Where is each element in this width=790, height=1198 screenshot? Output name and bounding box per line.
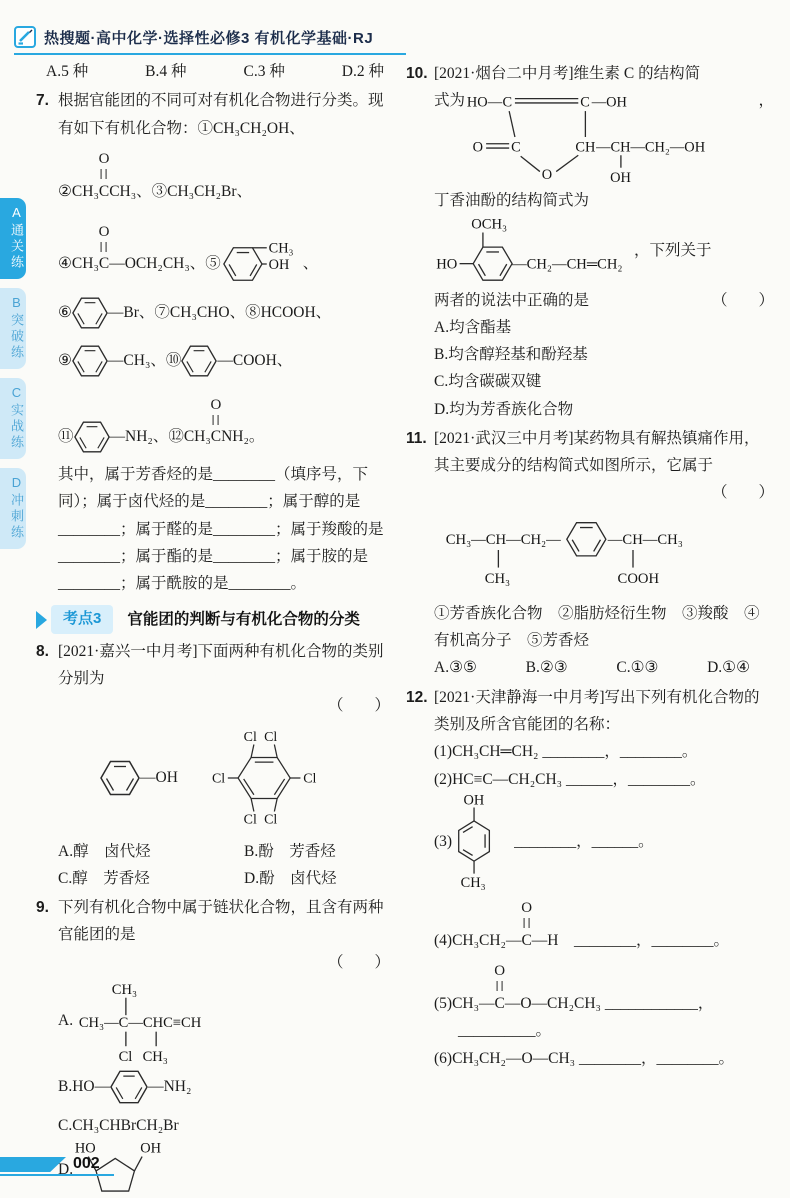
option-b: B.②③: [526, 654, 568, 681]
page-number: 002: [73, 1156, 100, 1172]
answer-bracket: （ ）: [712, 287, 774, 314]
sub-item-6: (6)CH₃CH₂—O—CH₃ ________，________。: [434, 1045, 774, 1072]
answer-bracket: （ ）: [712, 479, 774, 506]
formula: 。: [249, 423, 265, 450]
formula: —COOH: [217, 347, 276, 374]
benzene-ring: [181, 341, 217, 381]
page-title: 热搜题·高中化学·选择性必修3 有机化学基础·RJ: [44, 27, 373, 48]
structure-eugenol: OCH₃ HO —CH₂—CH═CH₂: [434, 215, 634, 287]
oh-label: OH: [464, 793, 485, 809]
option-d: D.2 种: [342, 58, 384, 85]
option-d: D.酚 卤代烃: [244, 865, 337, 892]
structure-bromobenzene-line: ⑥ —Br、⑦CH₃CHO、⑧HCOOH、: [58, 293, 390, 333]
sub-item-1: (1)CH₃CH═CH₂ ________，________。: [434, 738, 774, 765]
options-row: C.醇 芳香烃D.酚 卤代烃: [58, 865, 390, 892]
item-label: ④: [58, 250, 72, 277]
sidebar-tab-d: D冲刺练: [0, 468, 26, 549]
carbonyl-o: O: [99, 225, 110, 241]
formula: —OCH₂CH₃: [109, 250, 190, 277]
source-tag: [2021·天津静海一中月考]: [434, 689, 605, 706]
answer-bracket: （ ）: [328, 692, 390, 719]
arrow-icon: [36, 611, 47, 629]
sub-item-5-continued: __________。: [434, 1017, 774, 1044]
question-number: 11.: [406, 425, 434, 682]
edit-pencil-icon: [14, 26, 36, 48]
ch-label: CH: [575, 140, 595, 156]
carbonyl-o: O: [211, 398, 222, 414]
main-chain: CH₃—C—CHC≡CH: [79, 1015, 202, 1031]
prev-question-options: A.5 种 B.4 种 C.3 种 D.2 种: [36, 58, 390, 85]
structure-vitamin-c: HO— C C —OH O C CH: [465, 87, 753, 187]
sidebar-tab-c: C实战练: [0, 378, 26, 459]
formula: (1)CH₃CH═CH₂: [434, 743, 538, 760]
formula: —NH₂: [110, 423, 153, 450]
blank-line: ______，________。: [566, 771, 706, 788]
topic-badge: 考点3: [51, 605, 113, 633]
topic-title: 官能团的判断与有机化合物的分类: [127, 606, 360, 633]
left-column: A.5 种 B.4 种 C.3 种 D.2 种 7. 根据官能团的不同可对有机化…: [36, 58, 390, 1198]
question-10: 10. [2021·烟台二中月考]维生素 C 的结构简 式为 HO— C C —…: [406, 60, 774, 423]
numbered-items: ①芳香族化合物 ②脂肪烃衍生物 ③羧酸 ④有机高分子 ⑤芳香烃: [434, 600, 774, 655]
option-d: D.①④: [707, 654, 750, 681]
oh-label: OH: [610, 170, 631, 186]
formula: 、⑤: [190, 250, 221, 277]
sub-item-4: (4)CH₃CH₂—OC—H ________，________。: [434, 927, 774, 954]
c-label: C: [580, 95, 590, 111]
workbook-page: 热搜题·高中化学·选择性必修3 有机化学基础·RJ A通关练 B突破练 C实战练…: [0, 0, 790, 1198]
top-ch3: CH₃: [112, 982, 137, 998]
substituent-ch3: CH₃: [268, 241, 293, 257]
c-label: C: [511, 140, 521, 156]
carbonyl-o: O: [99, 152, 110, 168]
question-number: 9.: [36, 894, 58, 1198]
ho-label: HO—: [467, 95, 503, 111]
option-b: B.4 种: [145, 58, 186, 85]
blank-line: ________，______。: [514, 828, 654, 855]
question-8: 8. [2021·嘉兴一中月考]下面两种有机化合物的类别分别为 （ ） —OH: [36, 638, 390, 892]
benzene-ring: [110, 1066, 148, 1108]
substituent-oh: OH: [268, 257, 289, 273]
item-label: (5): [434, 995, 452, 1012]
oh-label: —OH: [591, 95, 627, 111]
formula: CH₃CH₂—: [452, 932, 521, 949]
option-label: B.: [58, 1073, 72, 1100]
question-text: 丁香油酚的结构简式为: [434, 187, 774, 214]
option-c: C.醇 芳香烃: [58, 865, 244, 892]
formula: 、: [303, 250, 319, 277]
item-label: ②: [58, 183, 72, 200]
formula: CH₃—: [452, 995, 494, 1012]
formula: CH₃: [184, 423, 211, 450]
question-stem: 维生素 C 的结构简: [574, 65, 701, 82]
formula: 、⑫: [153, 423, 184, 450]
question-text: [2021·天津静海一中月考]写出下列有机化合物的类别及所含官能团的名称：: [434, 684, 774, 739]
allyl-chain: —CH₂—CH═CH₂: [511, 256, 622, 272]
question-number: 10.: [406, 60, 434, 423]
option-b-structure: B. HO— —NH₂: [58, 1066, 390, 1108]
formula: C: [521, 932, 531, 949]
question-number: 7.: [36, 87, 58, 597]
eugenol-row: OCH₃ HO —CH₂—CH═CH₂ ，下列关于: [434, 215, 774, 287]
blank-line: ________，________。: [579, 1050, 734, 1067]
formula: C: [495, 995, 505, 1012]
item-label: ⑥: [58, 299, 72, 326]
formula: NH₂: [221, 423, 249, 450]
benzene-ring: [72, 341, 108, 381]
chain: —CH—CH₂—OH: [595, 140, 705, 156]
bottom-ch3: CH₃: [143, 1049, 168, 1065]
formula: CH₃: [109, 183, 136, 200]
question-7: 7. 根据官能团的不同可对有机化合物进行分类。现有如下有机化合物：①CH₃CH₂…: [36, 87, 390, 597]
cl-label: Cl: [264, 729, 277, 744]
structure-acetone-line: ②CH₃OCCH₃、③CH₃CH₂Br、: [58, 178, 390, 205]
bottom-cl: Cl: [119, 1049, 133, 1065]
benzene-ring: [74, 417, 110, 457]
question-text: 根据官能团的不同可对有机化合物进行分类。现有如下有机化合物：①CH₃CH₂OH、: [58, 87, 390, 142]
question-number: 8.: [36, 638, 58, 892]
option-a-structure: A. CH₃ CH₃—C—CHC≡CH Cl CH₃: [58, 976, 390, 1066]
option-b: B.酚 芳香烃: [244, 838, 336, 865]
structure-ibuprofen: CH₃—CH—CH₂— —CH—CH₃ CH₃ COOH: [442, 509, 758, 591]
formula: —Br: [108, 299, 139, 326]
formula: C: [99, 183, 109, 200]
sidebar-tabs: A通关练 B突破练 C实战练 D冲刺练: [0, 198, 26, 549]
question-stem: ，下列关于: [634, 237, 712, 264]
option-c: C.3 种: [243, 58, 284, 85]
structure-o-cresol: CH₃ OH: [221, 241, 303, 287]
question-11: 11. [2021·武汉三中月考]某药物具有解热镇痛作用，其主要成分的结构简式如…: [406, 425, 774, 682]
page-number-badge: 002: [0, 1156, 114, 1176]
branch-ch3: CH₃: [485, 571, 510, 587]
option-a: A.均含酯基: [434, 314, 774, 341]
formula: CH₃: [72, 183, 99, 200]
formula: (2)HC≡C—CH₂CH₃: [434, 771, 562, 788]
formula: HO—: [72, 1073, 110, 1100]
oh-label: OH: [140, 1141, 161, 1157]
option-c: C.CH₃CHBrCH₂Br: [58, 1112, 390, 1139]
question-number: 12.: [406, 684, 434, 1072]
formula: CH₃: [72, 250, 99, 277]
sub-item-5: (5)CH₃—OC—O—CH₂CH₃ ____________，: [434, 990, 774, 1017]
structure-toluene-benzoic-line: ⑨ —CH₃、⑩ —COOH、: [58, 341, 390, 381]
fill-in-blanks: 其中，属于芳香烃的是________（填序号，下同）；属于卤代烃的是______…: [58, 461, 390, 597]
right-chain: —CH—CH₃: [607, 532, 683, 548]
source-tag: [2021·嘉兴一中月考]: [58, 643, 198, 660]
item-label: (3): [434, 828, 452, 855]
option-c: C.均含碳碳双键: [434, 368, 774, 395]
option-b: B.均含醇羟基和酚羟基: [434, 341, 774, 368]
item-label: (4): [434, 932, 452, 949]
item-label: ⑨: [58, 347, 72, 374]
carbonyl-o: O: [494, 964, 505, 980]
c-label: C: [502, 95, 512, 111]
blank-line: ________，________。: [574, 932, 729, 949]
cl-label: Cl: [264, 812, 277, 827]
o-label: O: [473, 140, 483, 156]
answer-bracket: （ ）: [328, 949, 390, 976]
substituent-oh: —OH: [140, 764, 178, 791]
formula: 、⑩: [150, 347, 181, 374]
page-header: 热搜题·高中化学·选择性必修3 有机化学基础·RJ: [14, 26, 406, 55]
carbonyl-o: O: [521, 901, 532, 917]
item-label: ⑪: [58, 423, 74, 450]
formula: 、: [277, 347, 293, 374]
source-tag: [2021·武汉三中月考]: [434, 430, 574, 447]
ch3-label: CH₃: [461, 875, 486, 891]
question-9: 9. 下列有机化合物中属于链状化合物，且含有两种官能团的是 （ ） A. CH₃…: [36, 894, 390, 1198]
benzene-ring: [72, 293, 108, 333]
sub-item-3: (3) OH CH₃ ________，______。: [434, 793, 774, 891]
structure-p-cresol: OH CH₃: [452, 793, 498, 891]
branch-cooh: COOH: [618, 571, 660, 587]
right-column: 10. [2021·烟台二中月考]维生素 C 的结构简 式为 HO— C C —…: [406, 58, 774, 1198]
blank-line: ________，________。: [542, 743, 697, 760]
structure-aniline-acetamide-line: ⑪ —NH₂、⑫ CH₃OCNH₂。: [58, 417, 390, 457]
formula: —H: [532, 932, 559, 949]
formula: C: [211, 428, 221, 445]
ho-label: HO: [436, 256, 457, 272]
cl-label: Cl: [244, 812, 257, 827]
page-badge-bar: [0, 1157, 66, 1172]
question-stem: 两者的说法中正确的是: [434, 287, 589, 314]
q8-structures: —OH Cl: [100, 724, 390, 832]
structure-phenol: —OH: [100, 756, 178, 800]
cl-label: Cl: [212, 771, 225, 786]
formula: 、⑦CH₃CHO、⑧HCOOH、: [139, 299, 331, 326]
cl-label: Cl: [244, 729, 257, 744]
topic-banner: 考点3 官能团的判断与有机化合物的分类: [36, 605, 390, 633]
benzene-ring: [100, 756, 140, 800]
question-text: [2021·武汉三中月考]某药物具有解热镇痛作用，其主要成分的结构简式如图所示，…: [434, 425, 774, 480]
formula: —NH₂: [148, 1073, 191, 1100]
structure-chloro-alkyne: CH₃ CH₃—C—CHC≡CH Cl CH₃: [73, 976, 301, 1066]
source-tag: [2021·烟台二中月考]: [434, 65, 574, 82]
formula: C: [99, 255, 109, 272]
sidebar-tab-b: B突破练: [0, 288, 26, 369]
question-text: [2021·嘉兴一中月考]下面两种有机化合物的类别分别为: [58, 638, 390, 693]
formula: —O—CH₂CH₃: [505, 995, 601, 1012]
structure-hexachlorobenzene: Cl Cl Cl Cl Cl Cl: [212, 724, 320, 832]
vitamin-c-row: 式为 HO— C C —OH O C: [434, 87, 774, 187]
option-d: D.均为芳香族化合物: [434, 396, 774, 423]
formula: (6)CH₃CH₂—O—CH₃: [434, 1050, 575, 1067]
options-row: A.醇 卤代烃B.酚 芳香烃: [58, 838, 390, 865]
option-label: A.: [58, 1007, 73, 1034]
blank-line: ____________，: [605, 995, 714, 1012]
ring-o: O: [542, 168, 552, 184]
option-c: C.①③: [616, 654, 658, 681]
left-chain: CH₃—CH—CH₂—: [446, 532, 561, 548]
question-stem: 式为: [434, 87, 465, 114]
sub-item-2: (2)HC≡C—CH₂CH₃ ______，________。: [434, 766, 774, 793]
question-text: 下列有机化合物中属于链状化合物，且含有两种官能团的是: [58, 894, 390, 949]
formula: —CH₃: [108, 347, 150, 374]
option-a: A.5 种: [46, 58, 88, 85]
cl-label: Cl: [303, 771, 316, 786]
option-a: A.醇 卤代烃: [58, 838, 244, 865]
formula: 、③CH₃CH₂Br、: [136, 183, 252, 200]
option-a: A.③⑤: [434, 654, 477, 681]
question-text: [2021·烟台二中月考]维生素 C 的结构简: [434, 60, 774, 87]
och3-label: OCH₃: [471, 216, 507, 232]
structure-ester-cresol-line: ④CH₃OC—OCH₂CH₃、⑤ CH₃ OH 、: [58, 241, 390, 287]
question-12: 12. [2021·天津静海一中月考]写出下列有机化合物的类别及所含官能团的名称…: [406, 684, 774, 1072]
punctuation: ，: [758, 87, 774, 114]
options-row: A.③⑤ B.②③ C.①③ D.①④: [434, 654, 774, 681]
sidebar-tab-a: A通关练: [0, 198, 26, 279]
